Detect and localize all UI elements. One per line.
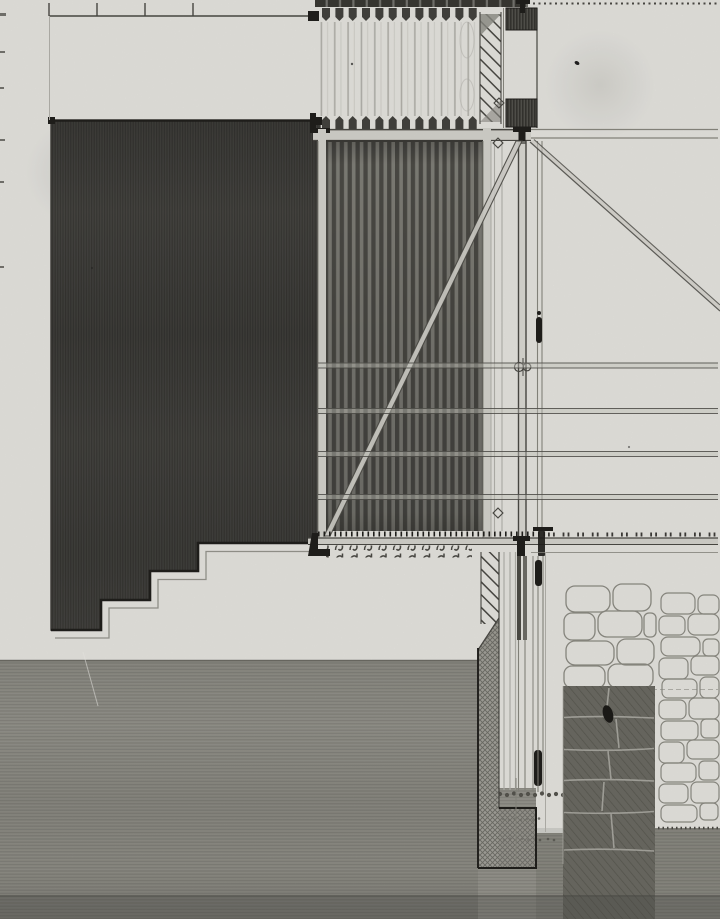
architectural-section-drawing xyxy=(0,0,720,919)
drawing-canvas xyxy=(0,0,720,919)
paper-grain-overlay xyxy=(0,0,720,919)
